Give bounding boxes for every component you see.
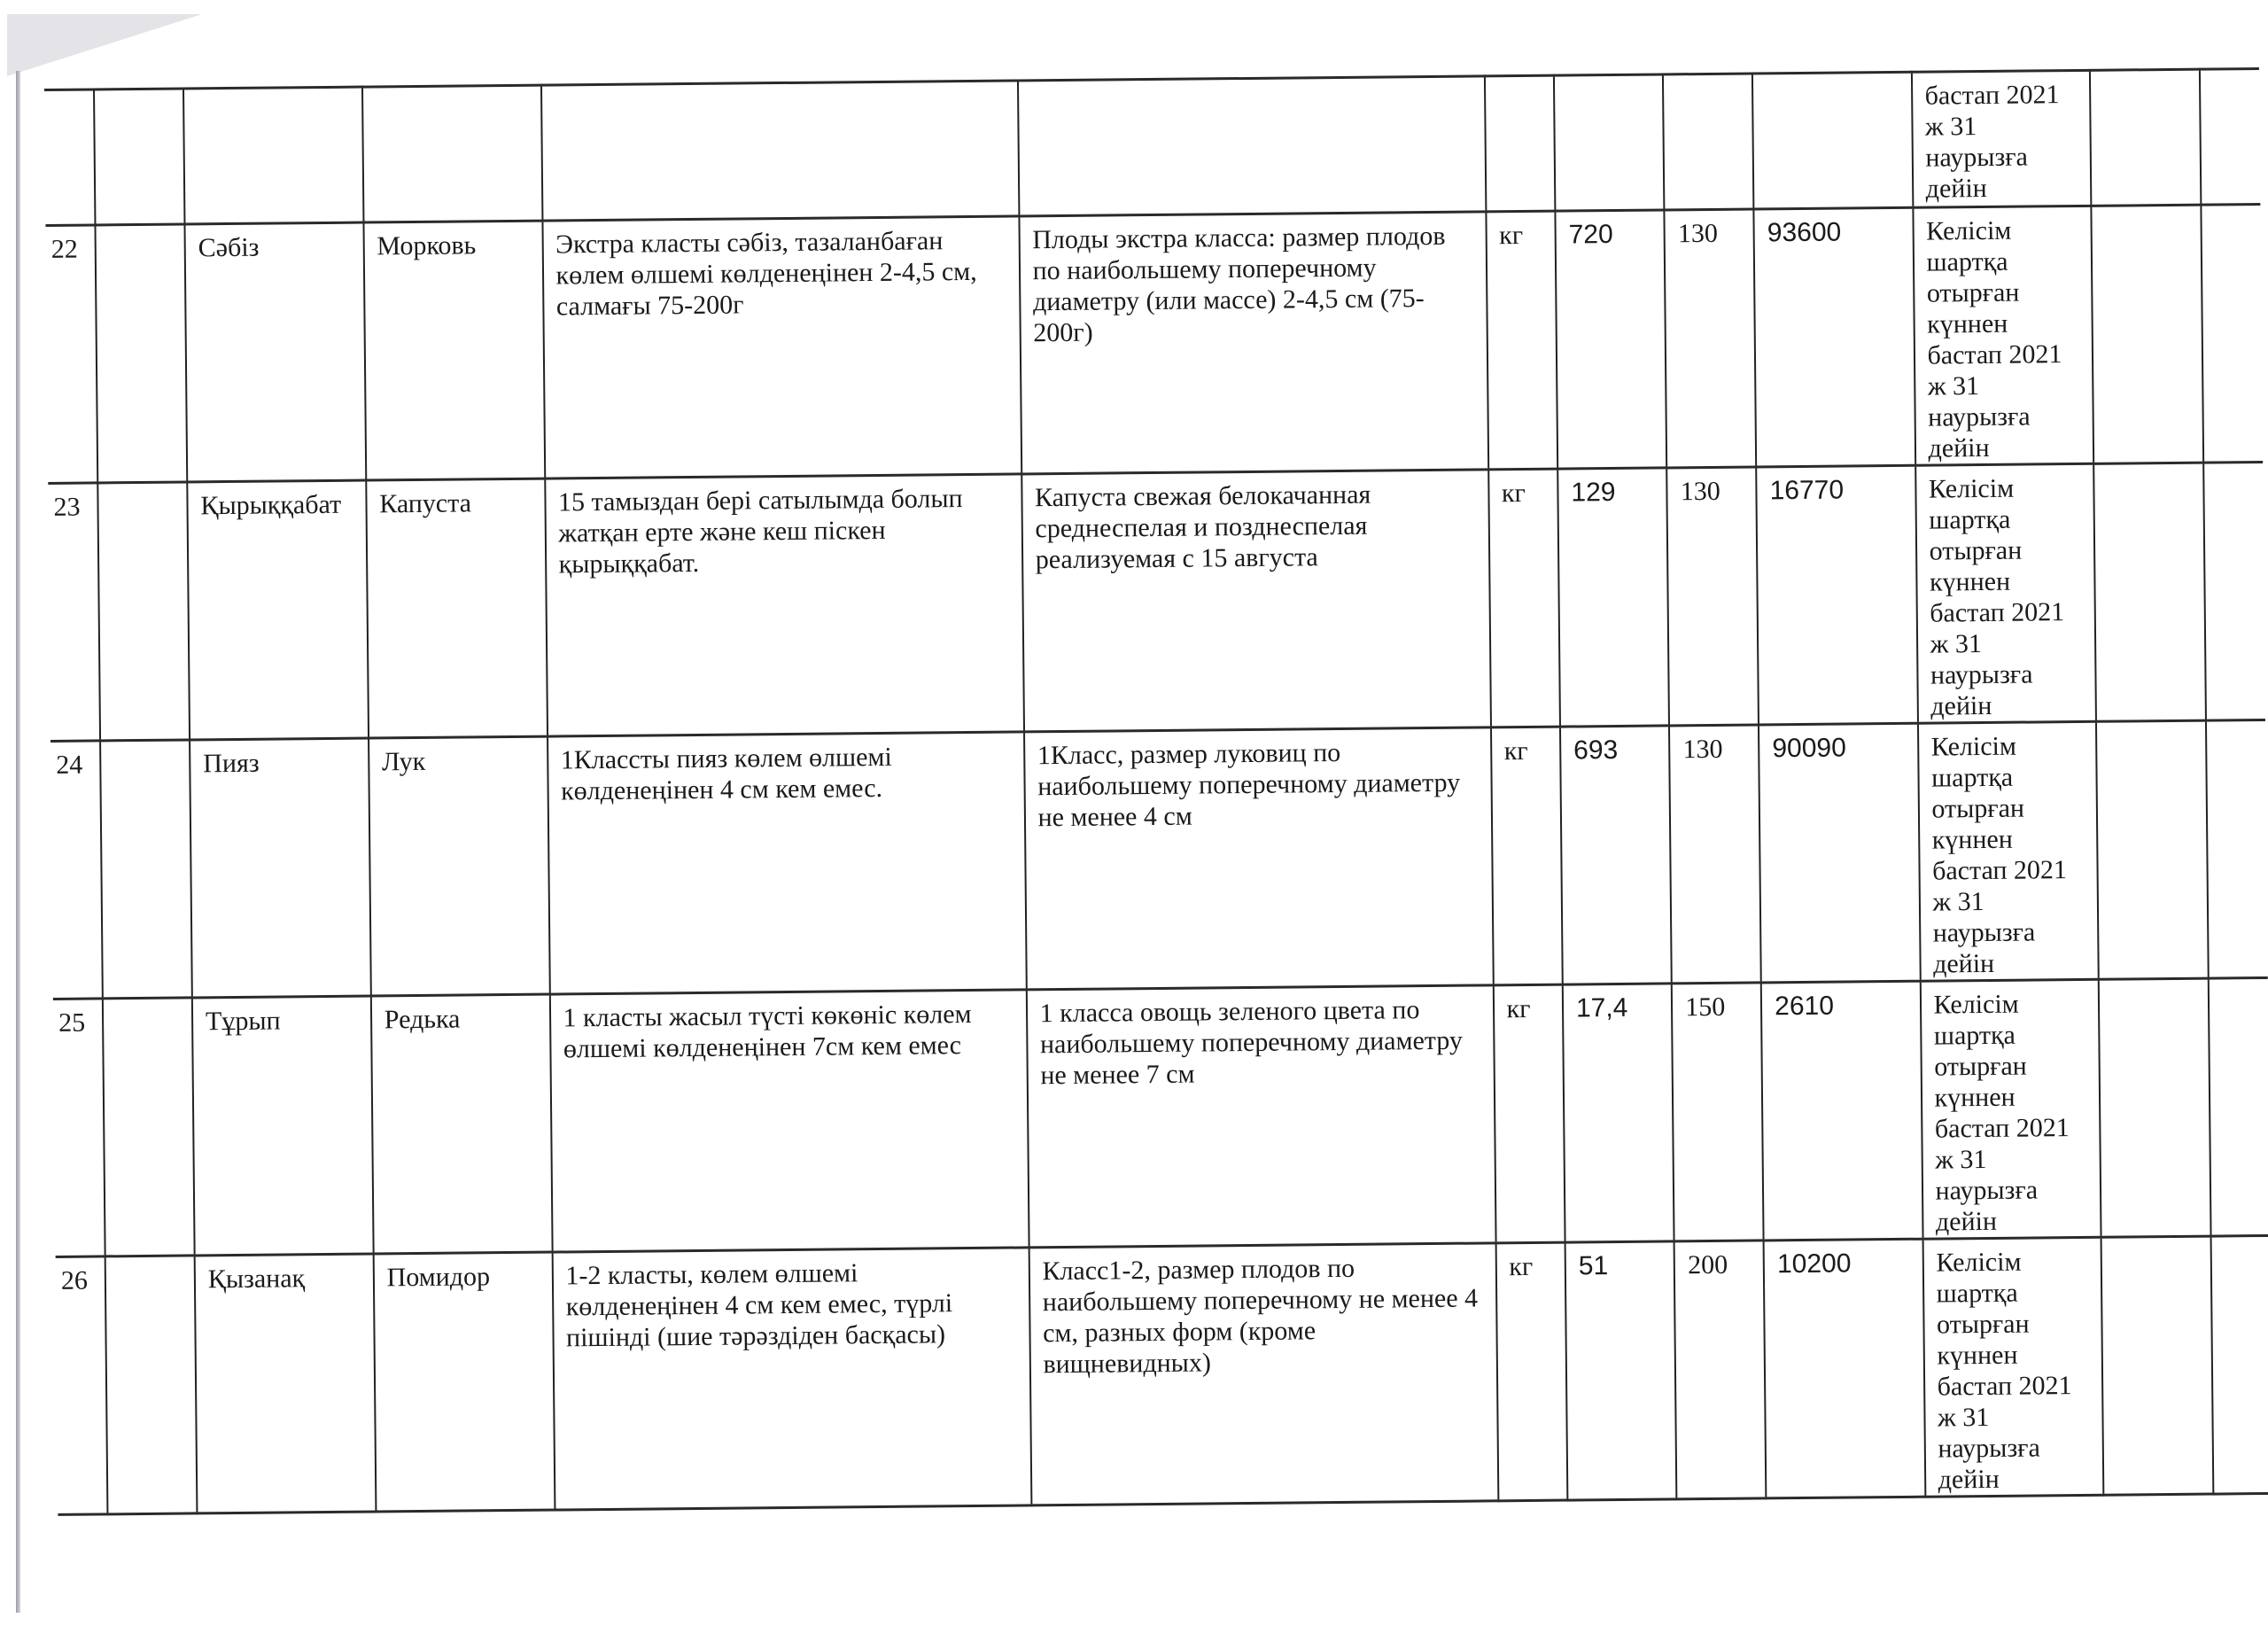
cell-extra-2	[2201, 204, 2263, 463]
term-line: ж 31	[1928, 369, 2080, 402]
term-line: дейін	[1938, 1463, 2091, 1496]
term-line: дейін	[1933, 947, 2085, 980]
cell-desc-ru: 1 класса овощь зеленого цвета по наиболь…	[1026, 985, 1495, 1248]
cell-price: 130	[1666, 467, 1759, 726]
term-line: бастап 2021	[1932, 854, 2085, 887]
term-line: бастап 2021	[1927, 338, 2079, 371]
term-line: отырған	[1934, 1050, 2086, 1083]
cell-extra-2	[2200, 69, 2261, 206]
cell-unit: кг	[1495, 1242, 1567, 1501]
term-line: күннен	[1932, 823, 2085, 856]
cell-desc-ru: Класс1-2, размер плодов по наибольшему п…	[1029, 1243, 1498, 1505]
cell-desc-kz: Экстра класты сәбіз, тазаланбаған көлем …	[542, 216, 1021, 478]
cell-desc-kz	[540, 81, 1019, 221]
cell-price: 150	[1672, 983, 1764, 1241]
cell-empty	[103, 998, 195, 1256]
cell-desc-kz: 1 класты жасыл түсті көкөніс көлем өлшем…	[549, 990, 1029, 1252]
cell-name-ru: Капуста	[366, 478, 548, 738]
cell-empty	[96, 224, 188, 483]
cell-name-kz: Қызанақ	[195, 1254, 377, 1513]
scanned-page: бастап 2021 ж 31 наурызға дейін 22 Сәбіз…	[44, 67, 2268, 1516]
cell-extra-2	[2203, 462, 2265, 720]
cell-desc-ru: Плоды экстра класса: размер плодов по на…	[1019, 212, 1488, 474]
cell-desc-kz: 1Классты пияз көлем өлшемі көлденеңінен …	[548, 732, 1027, 994]
cell-qty: 693	[1560, 726, 1672, 984]
cell-delivery-term: Келісімшартқаотырғанкүнненбастап 2021ж 3…	[1913, 206, 2094, 465]
table-row: 26 Қызанақ Помидор 1-2 класты, көлем өлш…	[56, 1235, 2268, 1514]
cell-extra-1	[2093, 463, 2205, 721]
cell-unit: кг	[1490, 727, 1562, 985]
term-line: күннен	[1934, 1081, 2086, 1114]
term-line: дейін	[1928, 432, 2080, 464]
cell-sum: 2610	[1761, 981, 1922, 1241]
specification-table: бастап 2021 ж 31 наурызға дейін 22 Сәбіз…	[44, 67, 2268, 1516]
cell-extra-1	[2090, 69, 2201, 206]
term-line: дейін	[1936, 1205, 2088, 1238]
table-row: 24 Пияз Лук 1Классты пияз көлем өлшемі к…	[50, 719, 2268, 999]
cell-desc-ru	[1018, 76, 1486, 216]
term-line: Келісім	[1931, 730, 2084, 763]
cell-delivery-term: Келісімшартқаотырғанкүнненбастап 2021ж 3…	[1918, 721, 2100, 981]
cell-price: 200	[1674, 1241, 1767, 1499]
cell-empty	[105, 1256, 198, 1514]
cell-delivery-term: бастап 2021 ж 31 наурызға дейін	[1911, 70, 2091, 207]
term-line: ж 31	[1932, 885, 2085, 918]
term-line: шартқа	[1931, 761, 2084, 794]
cell-sum: 10200	[1764, 1239, 1925, 1498]
cell-qty: 51	[1565, 1241, 1677, 1500]
cell-desc-kz: 15 тамыздан бері сатылымда болып жатқан …	[545, 474, 1024, 736]
cell-name-ru	[362, 85, 542, 222]
cell-qty	[1554, 74, 1665, 211]
cell-extra-2	[2206, 719, 2268, 978]
term-line: наурызға	[1935, 1174, 2087, 1207]
cell-empty	[100, 740, 192, 999]
cell-unit: кг	[1486, 211, 1557, 470]
cell-extra-2	[2210, 1235, 2268, 1494]
cell-unit	[1484, 75, 1555, 212]
term-line: күннен	[1930, 565, 2082, 598]
cell-sum: 90090	[1759, 723, 1920, 983]
term-line: Келісім	[1926, 214, 2078, 247]
cell-name-kz: Қырыққабат	[187, 480, 369, 740]
cell-empty	[97, 482, 190, 741]
term-line: наурызға	[1930, 658, 2083, 691]
cell-price: 130	[1669, 725, 1761, 984]
term-line: отырған	[1931, 792, 2084, 825]
term-line: Келісім	[1929, 472, 2081, 505]
cell-name-ru: Редька	[371, 994, 553, 1254]
cell-no: 24	[50, 741, 103, 1000]
term-line: шартқа	[1929, 503, 2081, 536]
cell-no: 26	[56, 1256, 108, 1515]
cell-extra-1	[2092, 205, 2203, 463]
cell-extra-2	[2208, 977, 2268, 1236]
cell-delivery-term: Келісімшартқаотырғанкүнненбастап 2021ж 3…	[1920, 979, 2101, 1239]
table-row: 22 Сәбіз Морковь Экстра класты сәбіз, та…	[45, 204, 2263, 483]
term-line: ж 31	[1925, 110, 2078, 143]
cell-name-kz: Пияз	[190, 738, 371, 998]
term-line: шартқа	[1937, 1277, 2089, 1310]
cell-desc-kz: 1-2 класты, көлем өлшемі көлденеңінен 4 …	[552, 1248, 1031, 1510]
term-line: отырған	[1937, 1308, 2089, 1341]
cell-desc-ru: 1Класс, размер луковиц по наибольшему по…	[1024, 727, 1494, 990]
cell-no: 22	[45, 225, 97, 484]
term-line: бастап 2021	[1938, 1370, 2090, 1403]
cell-name-kz	[183, 87, 363, 224]
term-line: дейін	[1930, 689, 2083, 722]
cell-sum: 16770	[1756, 465, 1917, 725]
cell-no	[44, 89, 96, 226]
term-line: шартқа	[1934, 1019, 2086, 1052]
cell-name-kz: Сәбіз	[184, 222, 366, 482]
cell-price: 130	[1665, 209, 1757, 468]
cell-extra-1	[2099, 978, 2210, 1237]
cell-sum: 93600	[1754, 207, 1915, 467]
term-line: күннен	[1937, 1339, 2089, 1372]
cell-extra-1	[2101, 1236, 2213, 1495]
cell-delivery-term: Келісімшартқаотырғанкүнненбастап 2021ж 3…	[1915, 463, 2097, 723]
cell-name-ru: Помидор	[373, 1252, 555, 1512]
cell-qty: 720	[1555, 210, 1666, 469]
cell-empty	[94, 89, 184, 225]
term-line: күннен	[1927, 307, 2079, 340]
cell-no: 25	[53, 999, 105, 1257]
cell-name-kz: Тұрып	[192, 996, 374, 1256]
term-line: дейін	[1926, 172, 2078, 205]
cell-name-ru: Лук	[369, 736, 550, 996]
term-line: Келісім	[1933, 988, 2085, 1021]
page-left-edge	[16, 71, 20, 1613]
cell-no: 23	[48, 483, 100, 742]
term-line: наурызға	[1938, 1432, 2090, 1465]
cell-qty: 129	[1557, 468, 1669, 727]
term-line: отырған	[1927, 276, 2079, 309]
term-line: шартқа	[1926, 245, 2078, 278]
term-line: наурызға	[1925, 141, 2078, 174]
cell-extra-1	[2096, 720, 2208, 979]
term-line: наурызға	[1933, 916, 2085, 949]
term-line: бастап 2021	[1930, 596, 2082, 629]
cell-delivery-term: Келісімшартқаотырғанкүнненбастап 2021ж 3…	[1922, 1237, 2104, 1497]
term-line: наурызға	[1928, 401, 2080, 433]
cell-qty: 17,4	[1563, 984, 1674, 1242]
cell-name-ru: Морковь	[363, 221, 545, 480]
page-corner-fold	[7, 14, 202, 76]
cell-desc-ru: Капуста свежая белокачанная среднеспелая…	[1021, 470, 1491, 732]
term-line: ж 31	[1935, 1143, 2087, 1176]
cell-unit: кг	[1493, 984, 1565, 1243]
term-line: бастап 2021	[1925, 79, 2078, 112]
term-line: бастап 2021	[1935, 1112, 2087, 1145]
cell-unit: кг	[1488, 469, 1560, 727]
table-row: 25 Тұрып Редька 1 класты жасыл түсті көк…	[53, 977, 2268, 1256]
cell-sum	[1752, 72, 1913, 209]
term-line: ж 31	[1938, 1401, 2090, 1434]
continuation-row: бастап 2021 ж 31 наурызға дейін	[44, 69, 2260, 226]
cell-price	[1663, 74, 1753, 210]
term-line: Келісім	[1936, 1246, 2088, 1279]
term-line: ж 31	[1930, 627, 2082, 660]
term-line: отырған	[1929, 534, 2081, 567]
table-row: 23 Қырыққабат Капуста 15 тамыздан бері с…	[48, 462, 2265, 741]
